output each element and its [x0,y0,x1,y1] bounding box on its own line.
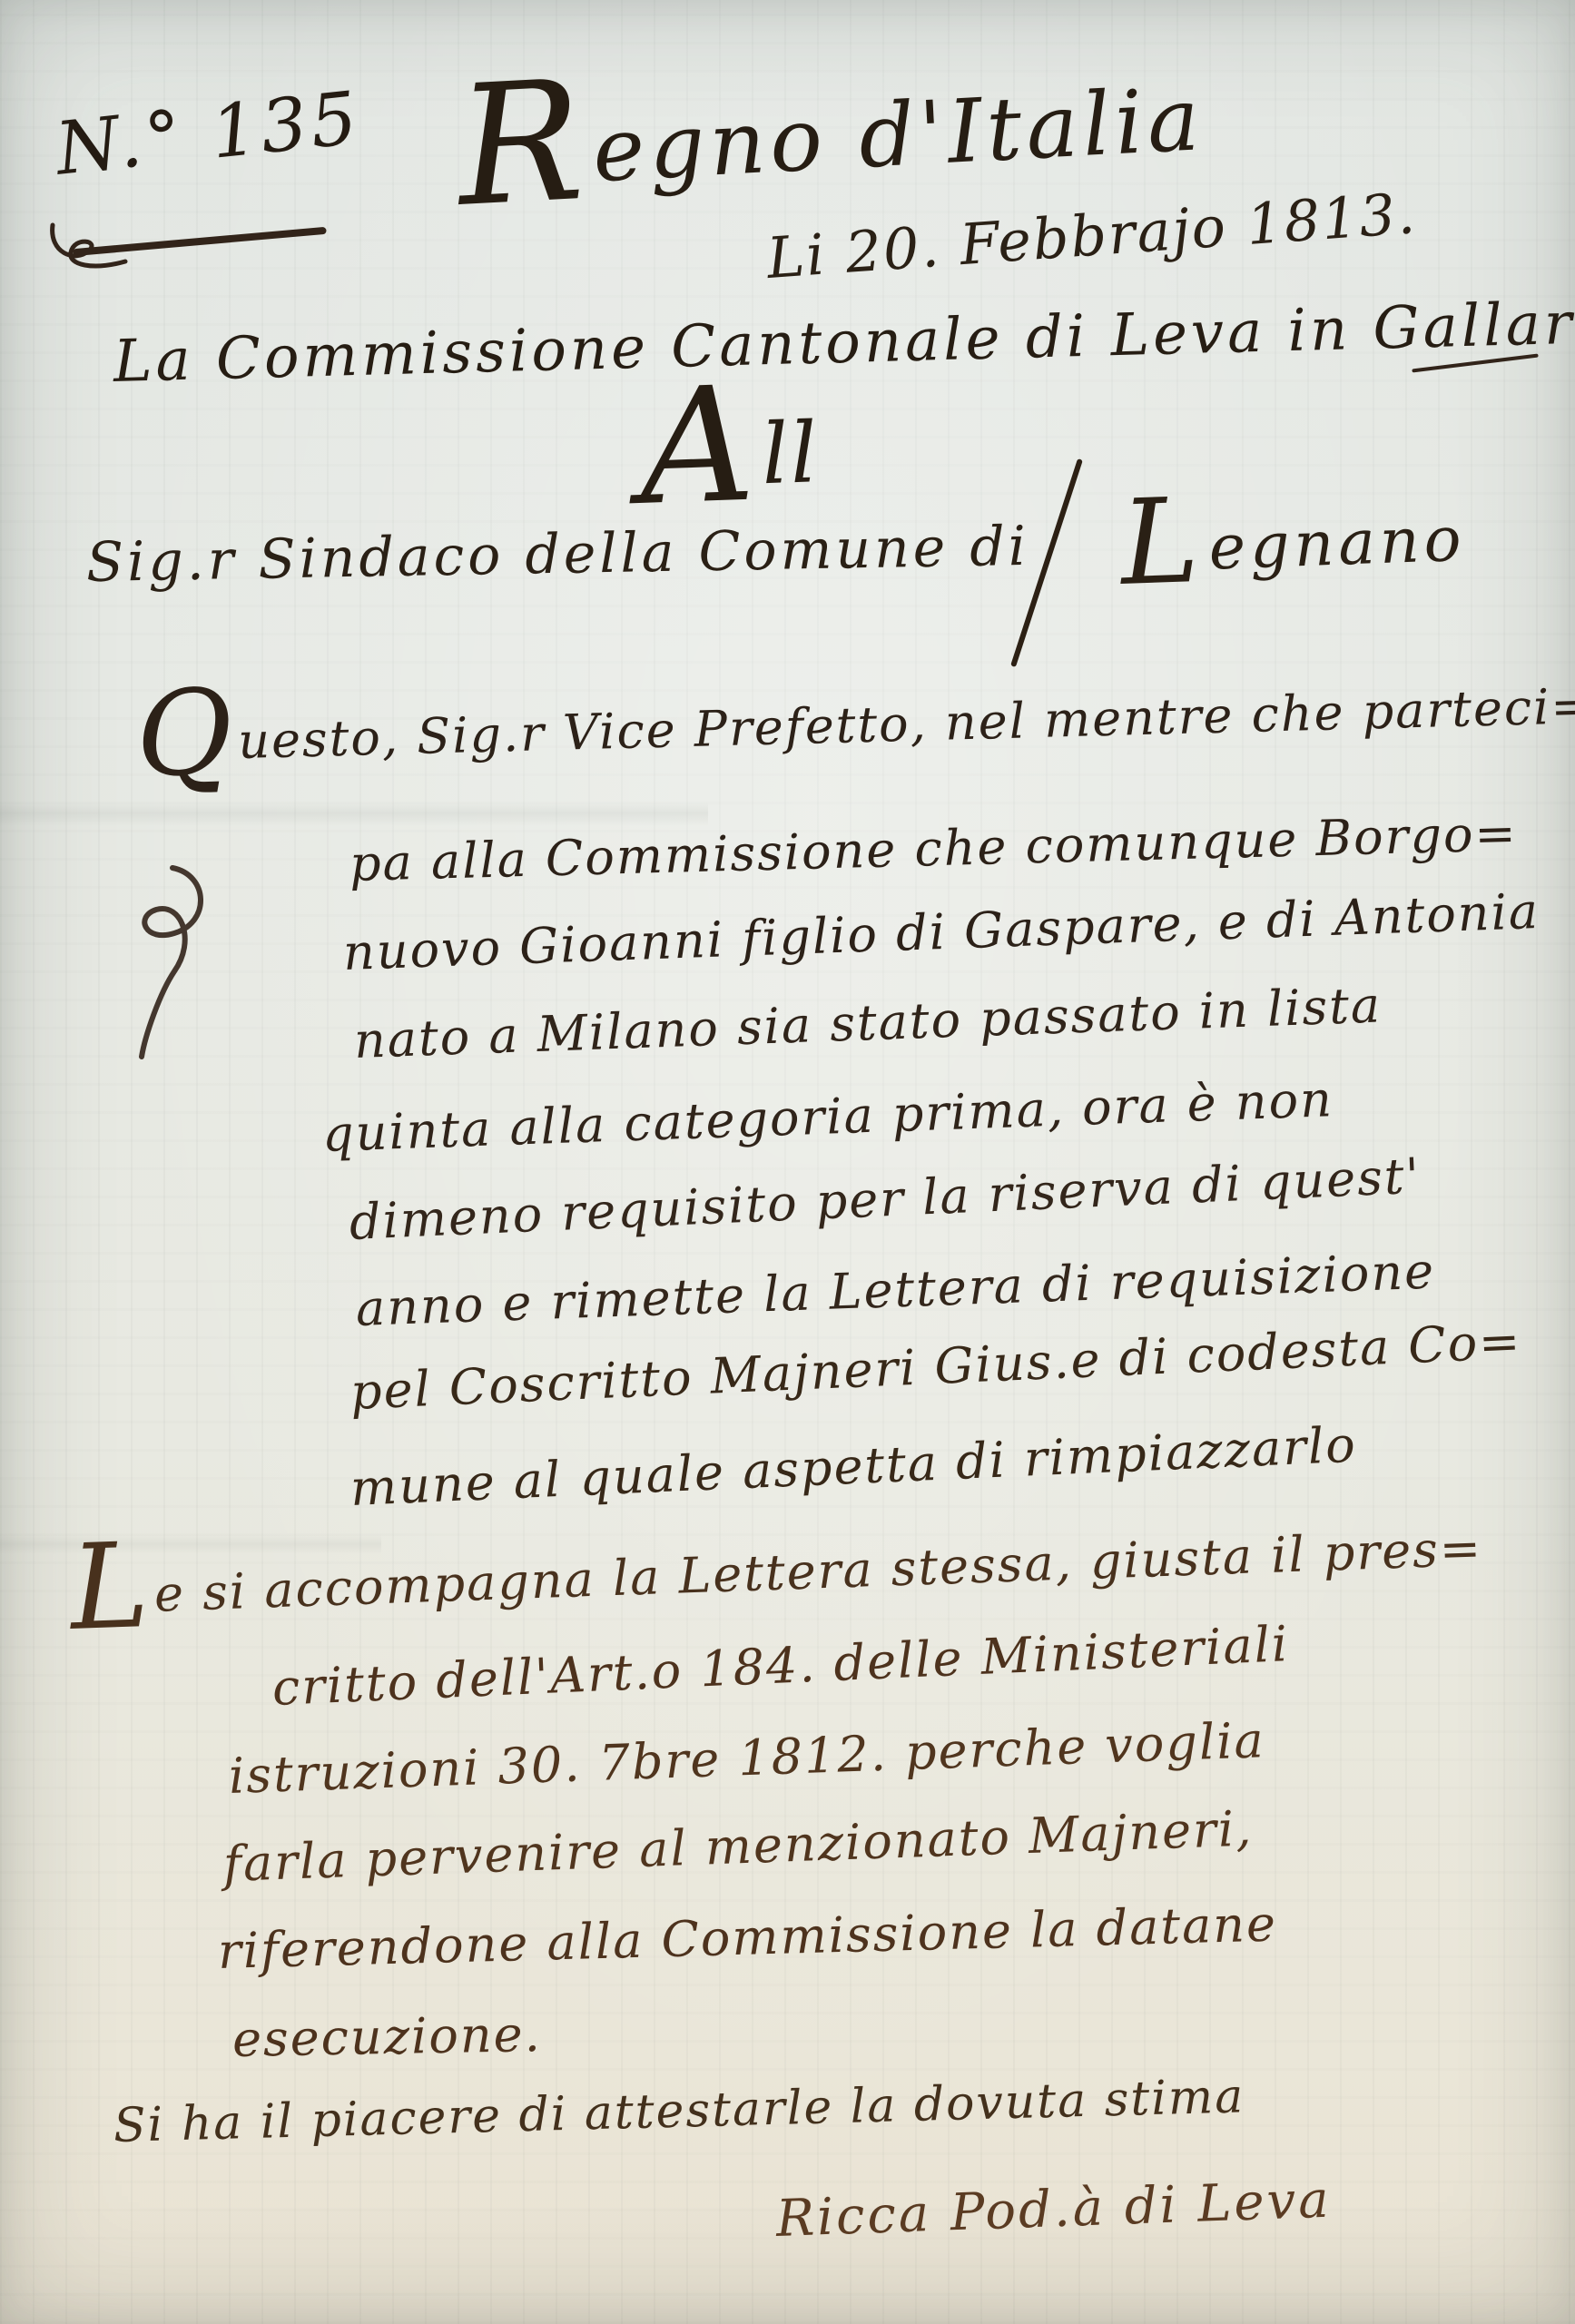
body-line: farla pervenire al menzionato Majneri, [222,1799,1254,1893]
kingdom-title: Regno d'Italia [456,68,1206,209]
body-line: quinta alla categoria prima, ora è non [321,1070,1334,1163]
signature: Ricca Pod.à di Leva [775,2171,1333,2249]
body-line: nuovo Gioanni figlio di Gaspare, e di An… [342,882,1541,981]
body-line: istruzioni 30. 7bre 1812. perche voglia [228,1711,1266,1805]
date-line: Li 20. Febbrajo 1813. [764,180,1418,291]
addressee-line: Sig.r Sindaco della Comune di [85,515,1029,595]
reference-number: N.° 135 [52,75,364,192]
body-line: nato a Milano sia stato passato in lista [353,976,1383,1068]
body-line: mune al quale aspetta di rimpiazzarlo [349,1416,1358,1517]
addressee-place: Legnano [1120,504,1467,587]
paper-fold-mark [0,1534,381,1554]
salutation: All [638,404,821,507]
body-line: riferendone alla Commissione la datane [217,1895,1278,1980]
paper-fold-mark [0,803,708,826]
sender-line: La Commissione Cantonale di Leva in Gall… [113,288,1575,396]
closing-line: Si ha il piacere di attestarle la dovuta… [113,2069,1245,2153]
manuscript-page: N.° 135 Regno d'Italia Li 20. Febbrajo 1… [0,0,1575,2324]
body-line: critto dell'Art.o 184. delle Ministerial… [271,1615,1291,1717]
body-line: dimeno requisito per la riserva di quest… [349,1147,1422,1251]
body-line: esecuzione. [231,2005,542,2068]
pen-flourish [109,862,236,1062]
pen-flourish [47,216,129,280]
body-line: Questo, Sig.r Vice Prefetto, nel mentre … [135,677,1575,773]
